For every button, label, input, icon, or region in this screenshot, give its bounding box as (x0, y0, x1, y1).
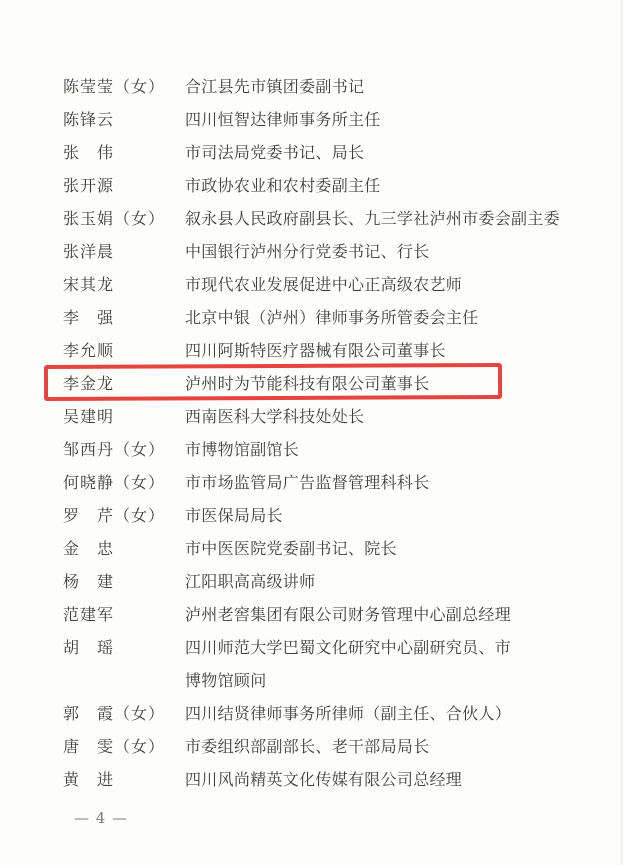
list-item: 郭 霞（女） 四川结贤律师事务所律师（副主任、合伙人） (63, 697, 603, 730)
list-item: 张开源 市政协农业和农村委副主任 (63, 169, 603, 202)
person-title: 四川风尚精英文化传媒有限公司总经理 (185, 763, 462, 796)
list-item: 陈莹莹（女） 合江县先市镇团委副书记 (63, 70, 603, 103)
person-name: 杨 建 (63, 565, 185, 598)
list-item: 李 强 北京中银（泸州）律师事务所管委会主任 (63, 301, 603, 334)
person-title: 市司法局党委书记、局长 (185, 136, 364, 169)
person-name: 张洋晨 (63, 235, 185, 268)
list-item: 黄 进 四川风尚精英文化传媒有限公司总经理 (63, 763, 603, 796)
person-name: 张 伟 (63, 136, 185, 169)
person-title: 中国银行泸州分行党委书记、行长 (185, 235, 430, 268)
person-name: 郭 霞（女） (63, 697, 185, 730)
person-title: 市博物馆副馆长 (185, 433, 299, 466)
person-title: 市政协农业和农村委副主任 (185, 169, 381, 202)
person-title: 四川阿斯特医疗器械有限公司董事长 (185, 334, 446, 367)
list-item: 唐 雯（女） 市委组织部副部长、老干部局局长 (63, 730, 603, 763)
list-item: 张洋晨 中国银行泸州分行党委书记、行长 (63, 235, 603, 268)
person-title: 四川恒智达律师事务所主任 (185, 103, 381, 136)
person-title: 江阳职高高级讲师 (185, 565, 315, 598)
page-number: — 4 — (74, 809, 128, 827)
person-title: 市市场监管局广告监督管理科科长 (185, 466, 430, 499)
list-item: 陈锋云 四川恒智达律师事务所主任 (63, 103, 603, 136)
person-name: 邹西丹（女） (63, 433, 185, 466)
person-title: 北京中银（泸州）律师事务所管委会主任 (185, 301, 478, 334)
person-name: 罗 芹（女） (63, 499, 185, 532)
person-name: 李 强 (63, 301, 185, 334)
person-title: 叙永县人民政府副县长、九三学社泸州市委会副主委 (185, 202, 560, 235)
person-title: 泸州时为节能科技有限公司董事长 (185, 367, 430, 400)
list-item: 范建军 泸州老窖集团有限公司财务管理中心副总经理 (63, 598, 603, 631)
person-name: 范建军 (63, 598, 185, 631)
person-name: 陈锋云 (63, 103, 185, 136)
person-title: 西南医科大学科技处处长 (185, 400, 364, 433)
list-item: 张 伟 市司法局党委书记、局长 (63, 136, 603, 169)
list-item: 邹西丹（女） 市博物馆副馆长 (63, 433, 603, 466)
person-name: 张开源 (63, 169, 185, 202)
name-title-list: 陈莹莹（女） 合江县先市镇团委副书记 陈锋云 四川恒智达律师事务所主任 张 伟 … (63, 70, 603, 796)
scanned-document-page: 陈莹莹（女） 合江县先市镇团委副书记 陈锋云 四川恒智达律师事务所主任 张 伟 … (0, 0, 623, 865)
person-title: 四川结贤律师事务所律师（副主任、合伙人） (185, 697, 511, 730)
list-item-highlighted: 李金龙 泸州时为节能科技有限公司董事长 (63, 367, 603, 400)
list-item: 李允顺 四川阿斯特医疗器械有限公司董事长 (63, 334, 603, 367)
person-name: 黄 进 (63, 763, 185, 796)
person-name: 李允顺 (63, 334, 185, 367)
person-title: 市现代农业发展促进中心正高级农艺师 (185, 268, 462, 301)
list-item: 吴建明 西南医科大学科技处处长 (63, 400, 603, 433)
person-name: 何晓静（女） (63, 466, 185, 499)
person-name: 陈莹莹（女） (63, 70, 185, 103)
person-name: 李金龙 (63, 367, 185, 400)
list-item: 张玉娟（女） 叙永县人民政府副县长、九三学社泸州市委会副主委 (63, 202, 603, 235)
person-name: 宋其龙 (63, 268, 185, 301)
person-title: 合江县先市镇团委副书记 (185, 70, 364, 103)
list-item: 金 忠 市中医医院党委副书记、院长 (63, 532, 603, 565)
list-item: 罗 芹（女） 市医保局局长 (63, 499, 603, 532)
list-item: 胡 瑶 四川师范大学巴蜀文化研究中心副研究员、市 博物馆顾问 (63, 631, 603, 697)
person-name: 唐 雯（女） (63, 730, 185, 763)
person-title: 泸州老窖集团有限公司财务管理中心副总经理 (185, 598, 511, 631)
list-item: 何晓静（女） 市市场监管局广告监督管理科科长 (63, 466, 603, 499)
person-name: 张玉娟（女） (63, 202, 185, 235)
person-title: 市中医医院党委副书记、院长 (185, 532, 397, 565)
person-title: 市委组织部副部长、老干部局局长 (185, 730, 430, 763)
person-name: 金 忠 (63, 532, 185, 565)
scan-edge-shading (619, 0, 623, 865)
person-title: 市医保局局长 (185, 499, 283, 532)
person-name: 胡 瑶 (63, 631, 185, 664)
person-name: 吴建明 (63, 400, 185, 433)
list-item: 宋其龙 市现代农业发展促进中心正高级农艺师 (63, 268, 603, 301)
person-title: 四川师范大学巴蜀文化研究中心副研究员、市 博物馆顾问 (185, 631, 511, 697)
list-item: 杨 建 江阳职高高级讲师 (63, 565, 603, 598)
